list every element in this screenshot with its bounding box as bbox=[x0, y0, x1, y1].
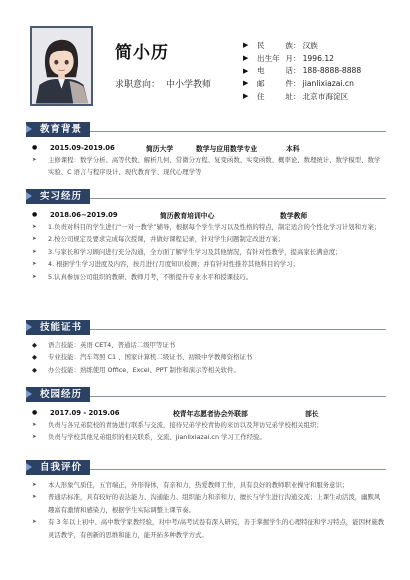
info-value: 汉族 bbox=[303, 40, 318, 51]
arrow-bullet-icon: ➤ bbox=[32, 221, 48, 233]
info-row-ethnicity: ▶ 民族 ：汉族 bbox=[243, 39, 361, 52]
section-header: 实习经历 bbox=[26, 189, 386, 205]
info-row-address: ▶ 住址 ：北京市海淀区 bbox=[243, 90, 361, 103]
divider bbox=[90, 396, 386, 397]
section-education: 教育背景 ● 2015.09-2019.06 简历大学 数学与应用数学专业 本科… bbox=[26, 122, 386, 179]
info-row-phone: ▶ 电话 ：188-8888-8888 bbox=[243, 64, 361, 77]
list-item: ➤4. 根据学生学习进度及内容，按月进行月度知识检测；并有针对性推荐其他科目的学… bbox=[32, 258, 386, 270]
list-item: ➤3.与家长和学习顾问进行充分沟通，全方面了解学生学习及其他情况，有针对性教学，… bbox=[32, 246, 386, 258]
arrow-icon bbox=[26, 323, 32, 331]
list-item: ➤ 主修课程：数学分析、高等代数、解析几何、常微分方程、复变函数、实变函数、概率… bbox=[32, 154, 386, 179]
period: 2015.09-2019.06 bbox=[50, 144, 138, 152]
job-intent-value: 中小学教师 bbox=[166, 80, 211, 90]
section-internship: 实习经历 ● 2018.06~2019.09 简历教育培训中心 数学教师 ➤1.… bbox=[26, 189, 386, 283]
arrow-bullet-icon: ➤ bbox=[32, 516, 48, 541]
list-item: ➤5.认真参加公司组织的教研、教师月考，不断提升专业水平和授课技巧。 bbox=[32, 271, 386, 283]
diamond-bullet-icon: ◆ bbox=[32, 339, 48, 351]
organization: 简历教育培训中心 bbox=[160, 210, 280, 220]
section-tab: 实习经历 bbox=[26, 189, 90, 204]
dot-bullet-icon: ● bbox=[32, 144, 50, 151]
section-self-evaluation: 自我评价 ➤本人形象气质佳，五官端正，外形得体，有亲和力，热爱教师工作，具有良好… bbox=[26, 460, 386, 541]
role: 部长 bbox=[305, 408, 319, 418]
dot-bullet-icon: ● bbox=[32, 409, 50, 416]
section-campus: 校园经历 ● 2017.09 - 2019.06 校青年志愿者协会外联部 部长 … bbox=[26, 387, 386, 444]
list-item: ➤有 3 年以上初中、高中数学家教经验，对中考/高考试卷有深入研究，善于掌握学生… bbox=[32, 516, 386, 541]
arrow-icon bbox=[26, 463, 32, 471]
section-tab: 教育背景 bbox=[26, 122, 90, 137]
section-title: 自我评价 bbox=[40, 462, 82, 473]
divider bbox=[90, 198, 386, 199]
arrow-bullet-icon: ➤ bbox=[32, 233, 48, 245]
arrow-bullet-icon: ➤ bbox=[32, 271, 48, 283]
list-item: ➤负责与各兄弟院校的青协进行联系与交流，接待兄弟学校青协的来访以及拜访兄弟学校相… bbox=[32, 419, 386, 431]
info-label: 出生年月 bbox=[257, 53, 293, 64]
info-label: 邮件 bbox=[257, 78, 293, 89]
info-row-email: ▶ 邮件 ：jianlixiazai.cn bbox=[243, 77, 361, 90]
arrow-bullet-icon: ➤ bbox=[32, 246, 48, 258]
triangle-bullet-icon: ▶ bbox=[243, 67, 257, 75]
info-value: jianlixiazai.cn bbox=[303, 79, 354, 88]
list-item: ◆专业技能：汽车驾照 C1 、国家计算机二级证书、初级中学教师资格证书 bbox=[32, 351, 386, 363]
section-tab: 技能证书 bbox=[26, 320, 90, 335]
divider bbox=[90, 469, 386, 470]
arrow-bullet-icon: ➤ bbox=[32, 258, 48, 270]
education-entry: ● 2015.09-2019.06 简历大学 数学与应用数学专业 本科 bbox=[32, 141, 386, 154]
info-label: 民族 bbox=[257, 40, 293, 51]
section-title: 实习经历 bbox=[40, 191, 82, 202]
section-header: 自我评价 bbox=[26, 460, 386, 476]
period: 2018.06~2019.09 bbox=[50, 211, 160, 219]
job-intent-label: 求职意向： bbox=[115, 80, 160, 90]
section-title: 校园经历 bbox=[40, 389, 82, 400]
info-row-birth: ▶ 出生年月 ：1996.12 bbox=[243, 52, 361, 65]
diamond-bullet-icon: ◆ bbox=[32, 351, 48, 363]
arrow-bullet-icon: ➤ bbox=[32, 154, 48, 179]
section-header: 校园经历 bbox=[26, 387, 386, 403]
triangle-bullet-icon: ▶ bbox=[243, 92, 257, 100]
list-item: ◆办公技能：熟练使用 Office、Excel、PPT 制作和演示等相关软件。 bbox=[32, 364, 386, 376]
section-skills: 技能证书 ◆语言技能：英语 CET4、普通话二级甲等证书 ◆专业技能：汽车驾照 … bbox=[26, 320, 386, 376]
info-value: 1996.12 bbox=[303, 54, 334, 63]
list-item: ➤本人形象气质佳，五官端正，外形得体，有亲和力，热爱教师工作，具有良好的教师职业… bbox=[32, 479, 386, 491]
role: 数学教师 bbox=[280, 210, 307, 220]
divider bbox=[90, 329, 386, 330]
arrow-bullet-icon: ➤ bbox=[32, 431, 48, 443]
arrow-bullet-icon: ➤ bbox=[32, 491, 48, 516]
dot-bullet-icon: ● bbox=[32, 211, 50, 218]
list-item: ➤2.按公司规定及要求完成每次授课，并做好课程记录，针对学生问题制定改进方案； bbox=[32, 233, 386, 245]
avatar-illustration bbox=[32, 28, 91, 104]
school: 简历大学 bbox=[138, 143, 196, 153]
info-value: 188-8888-8888 bbox=[303, 66, 362, 75]
info-label: 住址 bbox=[257, 91, 293, 102]
list-item: ◆语言技能：英语 CET4、普通话二级甲等证书 bbox=[32, 339, 386, 351]
arrow-icon bbox=[26, 192, 32, 200]
divider bbox=[90, 131, 386, 132]
section-title: 技能证书 bbox=[40, 322, 82, 333]
arrow-bullet-icon: ➤ bbox=[32, 419, 48, 431]
diamond-bullet-icon: ◆ bbox=[32, 364, 48, 376]
organization: 校青年志愿者协会外联部 bbox=[173, 408, 305, 418]
arrow-icon bbox=[26, 390, 32, 398]
internship-entry: ● 2018.06~2019.09 简历教育培训中心 数学教师 bbox=[32, 208, 386, 221]
section-header: 技能证书 bbox=[26, 320, 386, 336]
list-item: ➤1.负责对科目的学生进行“一对一教学”辅导，根据每个学生学习以及性格的特点，制… bbox=[32, 221, 386, 233]
section-tab: 校园经历 bbox=[26, 387, 90, 402]
personal-info: ▶ 民族 ：汉族 ▶ 出生年月 ：1996.12 ▶ 电话 ：188-8888-… bbox=[243, 39, 361, 102]
list-item: ➤普通话标准，具有较好的表达能力、沟通能力、组织能力和亲和力，擅长与学生进行沟通… bbox=[32, 491, 386, 516]
section-title: 教育背景 bbox=[40, 124, 82, 135]
arrow-icon bbox=[26, 125, 32, 133]
major: 数学与应用数学专业 bbox=[196, 143, 286, 153]
info-value: 北京市海淀区 bbox=[303, 91, 349, 102]
info-label: 电话 bbox=[257, 65, 293, 76]
arrow-bullet-icon: ➤ bbox=[32, 479, 48, 491]
campus-entry: ● 2017.09 - 2019.06 校青年志愿者协会外联部 部长 bbox=[32, 406, 386, 419]
period: 2017.09 - 2019.06 bbox=[50, 409, 173, 417]
profile-photo bbox=[30, 26, 93, 106]
triangle-bullet-icon: ▶ bbox=[243, 79, 257, 87]
list-item: ➤负责与学校其他兄弟组织的相关联系，交流、jianlixiazai.cn 学习工… bbox=[32, 431, 386, 443]
section-tab: 自我评价 bbox=[26, 460, 90, 475]
section-header: 教育背景 bbox=[26, 122, 386, 138]
triangle-bullet-icon: ▶ bbox=[243, 41, 257, 49]
candidate-name: 简小历 bbox=[115, 38, 169, 63]
job-intent: 求职意向：中小学教师 bbox=[115, 77, 211, 90]
degree: 本科 bbox=[286, 143, 300, 153]
triangle-bullet-icon: ▶ bbox=[243, 54, 257, 62]
